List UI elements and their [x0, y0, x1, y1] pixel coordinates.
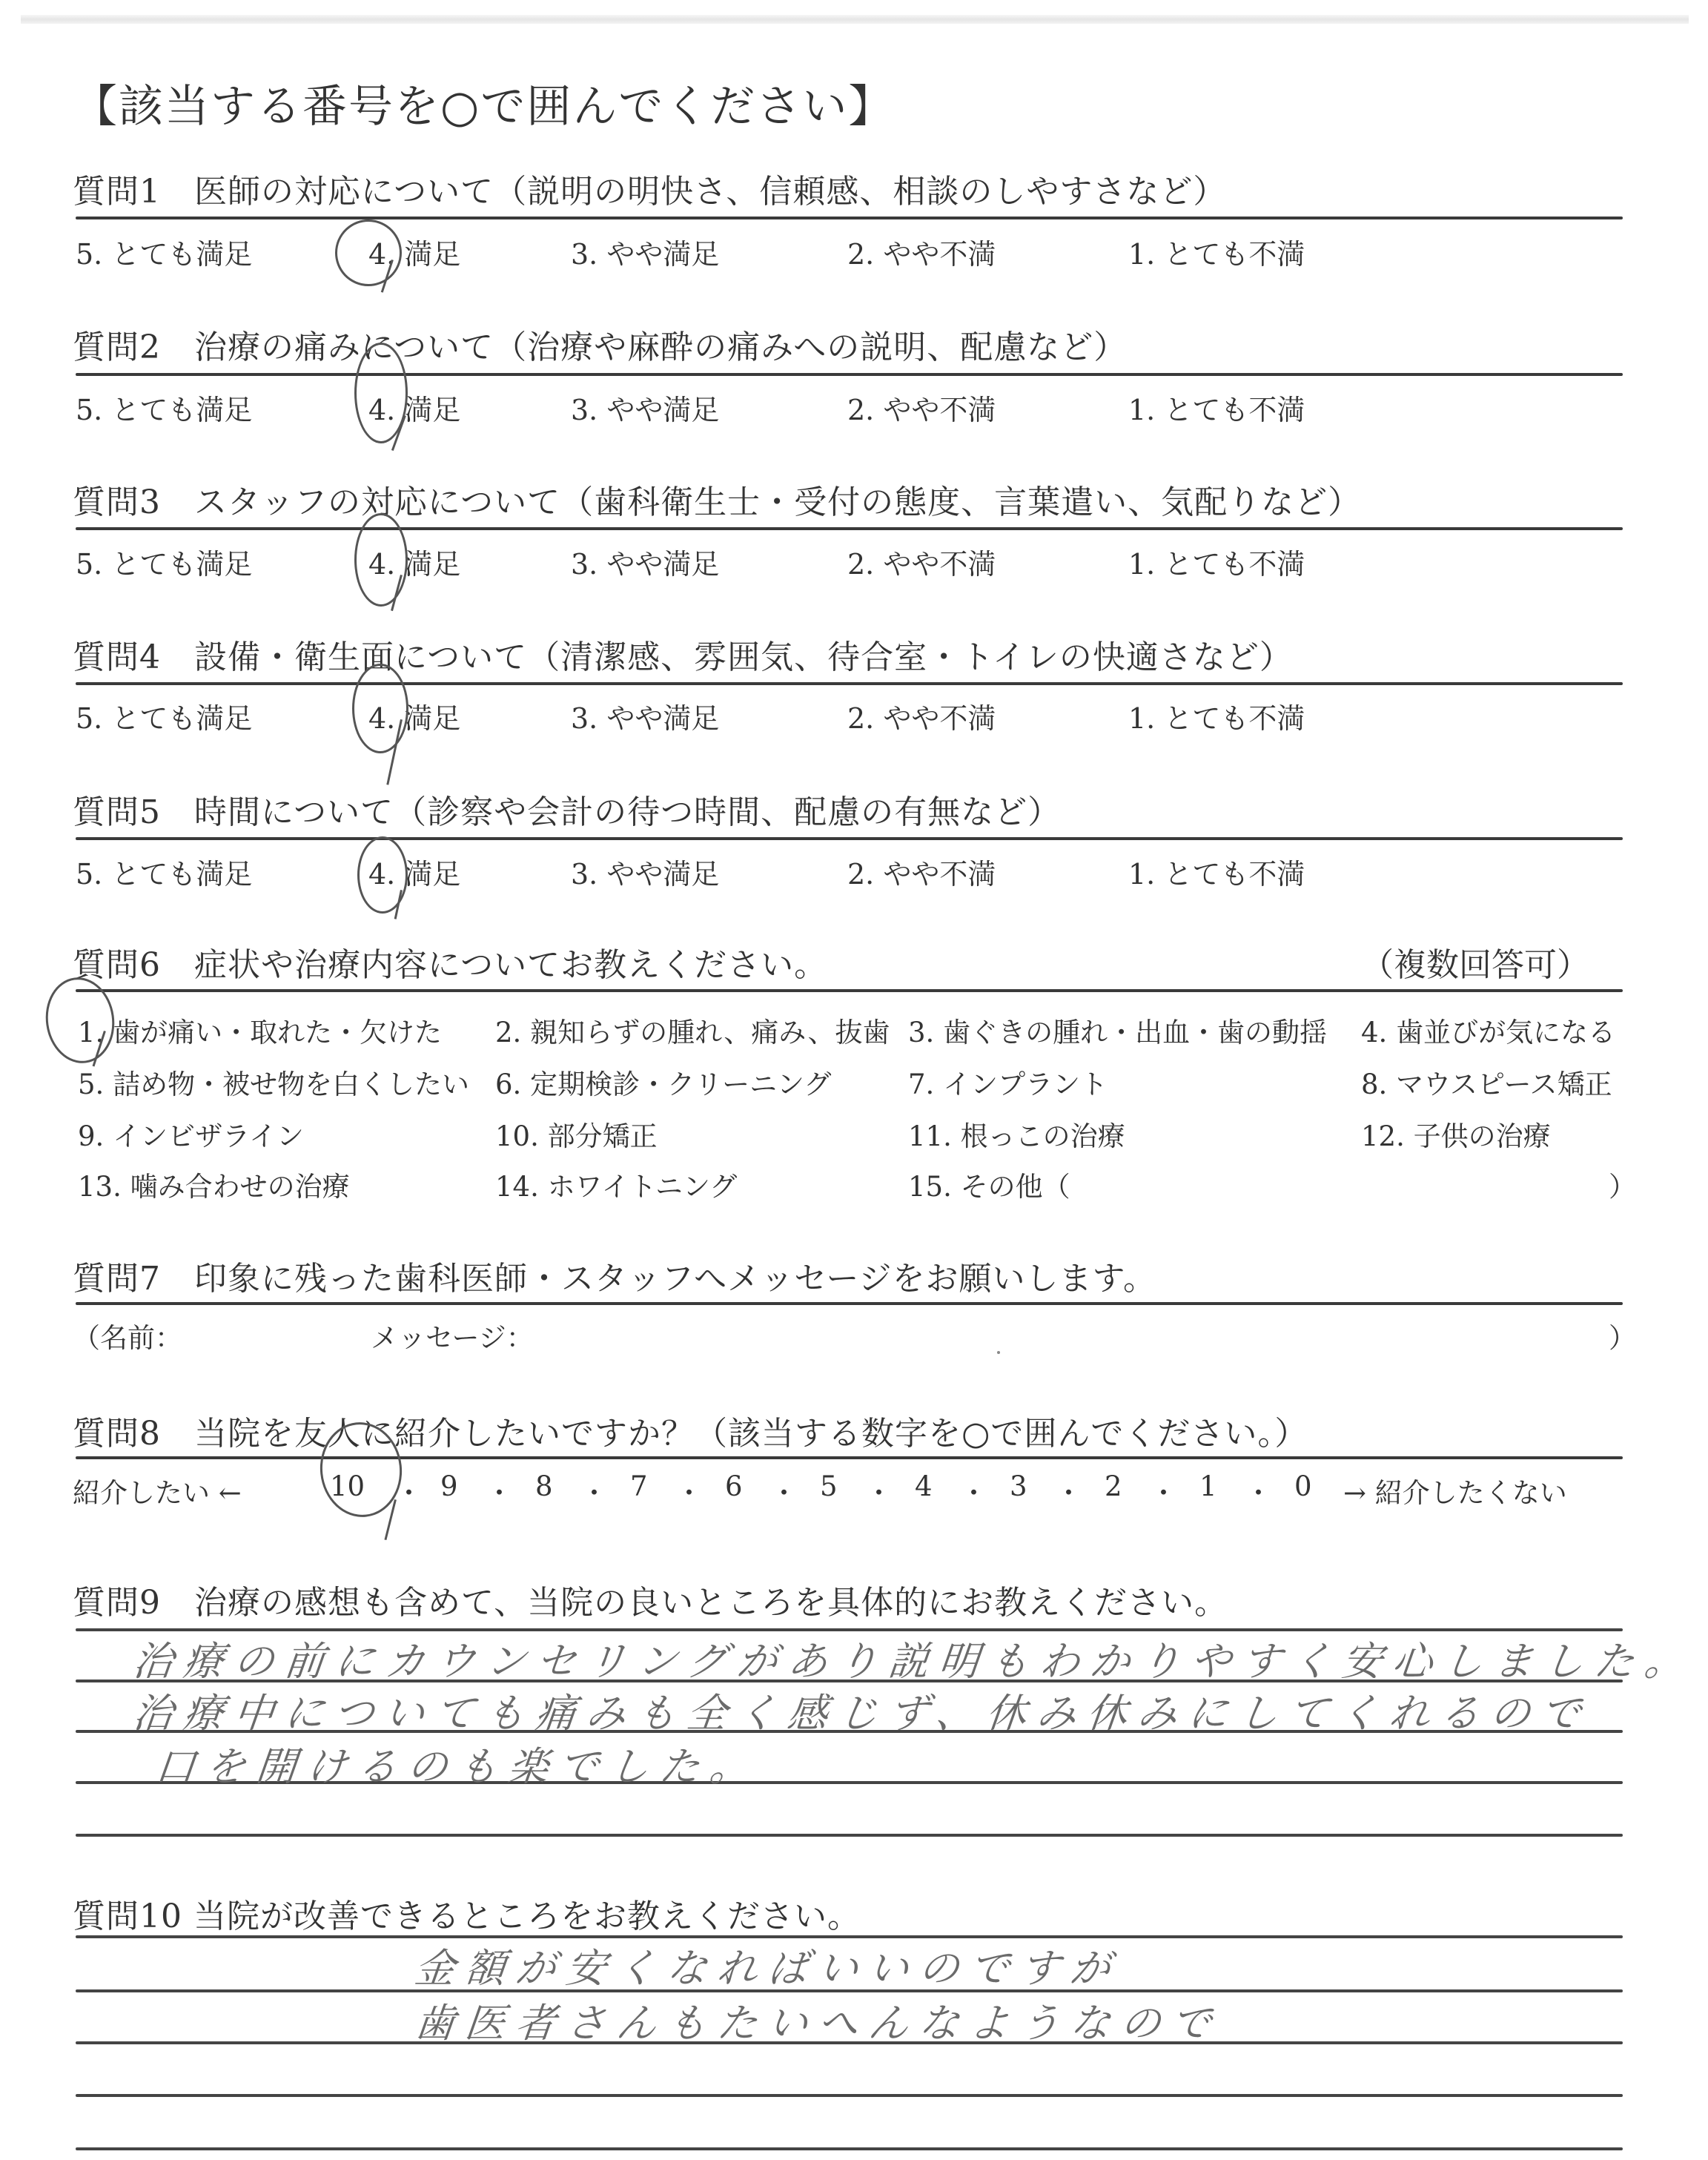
question-5-rule [76, 837, 1623, 840]
q6-other-close: ） [1609, 1164, 1636, 1204]
q7-message-label: メッセージ： [371, 1315, 534, 1355]
q6-option-9[interactable]: 9. インビザライン [78, 1114, 304, 1154]
question-6-rule [76, 989, 1623, 992]
question-9-label: 質問9 治療の感想も含めて、当院の良いところを具体的にお教えください。 [73, 1576, 1228, 1623]
q6-option-1[interactable]: 1. 歯が痛い・取れた・欠けた [78, 1010, 442, 1050]
q6-option-15[interactable]: 15. その他（ [908, 1164, 1070, 1204]
q8-sep: ・ [395, 1470, 423, 1510]
question-3-label: 質問3 スタッフの対応について（歯科衛生士・受付の態度、言葉遣い、気配りなど） [73, 475, 1361, 523]
q5-option-2[interactable]: 2. やや不満 [847, 851, 996, 892]
q9-line-5 [76, 1834, 1623, 1837]
q3-option-4[interactable]: 4. 満足 [368, 541, 460, 582]
q6-option-10[interactable]: 10. 部分矯正 [495, 1114, 658, 1154]
question-8-rule [76, 1456, 1623, 1459]
scan-speck [997, 1351, 1000, 1354]
q1-option-1[interactable]: 1. とても不満 [1128, 231, 1305, 272]
q8-score-9[interactable]: 9 [440, 1470, 458, 1502]
q3-option-5[interactable]: 5. とても満足 [76, 541, 252, 582]
q8-left-label: 紹介したい ← [73, 1470, 242, 1510]
q7-message-field[interactable] [563, 1315, 1586, 1348]
q4-option-3[interactable]: 3. やや満足 [571, 696, 719, 736]
q6-option-6[interactable]: 6. 定期検診・クリーニング [495, 1062, 831, 1102]
q8-circle-tail [384, 1499, 396, 1540]
q6-option-8[interactable]: 8. マウスピース矯正 [1361, 1062, 1612, 1102]
q6-option-14[interactable]: 14. ホワイトニング [495, 1164, 737, 1204]
q7-name-field[interactable] [211, 1315, 360, 1348]
q8-right-label: → 紹介したくない [1343, 1470, 1567, 1510]
q4-option-1[interactable]: 1. とても不満 [1128, 696, 1305, 736]
q5-circle-tail [394, 890, 403, 919]
q8-score-4[interactable]: 4 [915, 1470, 933, 1502]
q10-handwriting-line-2: 歯医者さんもたいへんなようなので [412, 1992, 1225, 2049]
q8-sep: ・ [580, 1470, 608, 1510]
question-1-rule [76, 217, 1623, 219]
q5-option-3[interactable]: 3. やや満足 [571, 851, 719, 892]
q8-sep: ・ [1245, 1470, 1272, 1510]
q8-score-0[interactable]: 0 [1294, 1470, 1312, 1502]
q6-option-11[interactable]: 11. 根っこの治療 [908, 1114, 1125, 1154]
q3-option-3[interactable]: 3. やや満足 [571, 541, 719, 582]
q5-option-5[interactable]: 5. とても満足 [76, 851, 252, 892]
q1-option-5[interactable]: 5. とても満足 [76, 231, 252, 272]
q6-option-3[interactable]: 3. 歯ぐきの腫れ・出血・歯の動揺 [908, 1010, 1327, 1050]
q8-sep: ・ [770, 1470, 798, 1510]
question-7-label: 質問7 印象に残った歯科医師・スタッフへメッセージをお願いします。 [73, 1252, 1156, 1299]
question-4-label: 質問4 設備・衛生面について（清潔感、雰囲気、待合室・トイレの快適さなど） [73, 630, 1293, 678]
question-6-note: （複数回答可） [1361, 938, 1589, 985]
question-1-label: 質問1 医師の対応について（説明の明快さ、信頼感、相談のしやすさなど） [73, 165, 1226, 212]
q2-option-4[interactable]: 4. 満足 [368, 387, 460, 428]
q9-handwriting-line-1: 治療の前にカウンセリングがあり説明もわかりやすく安心しました。 [130, 1630, 1698, 1687]
q6-option-7[interactable]: 7. インプラント [908, 1062, 1108, 1102]
q6-option-2[interactable]: 2. 親知らずの腫れ、痛み、抜歯 [495, 1010, 890, 1050]
q8-sep: ・ [1150, 1470, 1177, 1510]
question-8-label: 質問8 当院を友人に紹介したいですか？（該当する数字を○で囲んでください。） [73, 1407, 1308, 1454]
question-2-rule [76, 373, 1623, 376]
q8-score-8[interactable]: 8 [535, 1470, 553, 1502]
question-3-rule [76, 527, 1623, 530]
q8-score-2[interactable]: 2 [1105, 1470, 1122, 1502]
q2-option-3[interactable]: 3. やや満足 [571, 387, 719, 428]
q9-handwriting-line-2: 治療中についても痛みも全く感じず、休み休みにしてくれるので [130, 1682, 1595, 1739]
question-4-rule [76, 682, 1623, 685]
q5-option-1[interactable]: 1. とても不満 [1128, 851, 1305, 892]
q8-score-6[interactable]: 6 [725, 1470, 743, 1502]
q6-option-5[interactable]: 5. 詰め物・被せ物を白くしたい [78, 1062, 469, 1102]
question-6-label: 質問6 症状や治療内容についてお教えください。 [73, 938, 827, 985]
q2-option-2[interactable]: 2. やや不満 [847, 387, 996, 428]
q8-score-3[interactable]: 3 [1010, 1470, 1027, 1502]
q1-option-4[interactable]: 4. 満足 [368, 231, 460, 272]
q7-close: ） [1609, 1315, 1636, 1355]
q9-handwriting-line-3: 口を開けるのも楽でした。 [153, 1735, 764, 1792]
q8-score-5[interactable]: 5 [820, 1470, 838, 1502]
q8-score-7[interactable]: 7 [630, 1470, 648, 1502]
question-5-label: 質問5 時間について（診察や会計の待つ時間、配慮の有無など） [73, 785, 1061, 833]
q7-name-label: （名前： [73, 1315, 182, 1355]
q6-option-13[interactable]: 13. 噛み合わせの治療 [78, 1164, 350, 1204]
q3-option-2[interactable]: 2. やや不満 [847, 541, 996, 582]
q1-option-2[interactable]: 2. やや不満 [847, 231, 996, 272]
q5-option-4[interactable]: 4. 満足 [368, 851, 460, 892]
q10-line-5 [76, 2147, 1623, 2150]
q8-score-1[interactable]: 1 [1199, 1470, 1217, 1502]
q10-handwriting-line-1: 金額が安くなればいいのですが [412, 1937, 1124, 1994]
q10-line-4 [76, 2094, 1623, 2097]
q4-option-5[interactable]: 5. とても満足 [76, 696, 252, 736]
q2-option-5[interactable]: 5. とても満足 [76, 387, 252, 428]
form-title: 【該当する番号を○で囲んでください】 [73, 71, 894, 135]
q4-option-4[interactable]: 4. 満足 [368, 696, 460, 736]
q2-option-1[interactable]: 1. とても不満 [1128, 387, 1305, 428]
q8-score-10[interactable]: 10 [330, 1470, 365, 1502]
q8-sep: ・ [1055, 1470, 1082, 1510]
q8-sep: ・ [865, 1470, 893, 1510]
q8-sep: ・ [486, 1470, 513, 1510]
q8-sep: ・ [675, 1470, 703, 1510]
q4-option-2[interactable]: 2. やや不満 [847, 696, 996, 736]
question-2-label: 質問2 治療の痛みについて（治療や麻酔の痛みへの説明、配慮など） [73, 320, 1127, 368]
scan-top-edge [21, 15, 1689, 24]
q6-option-12[interactable]: 12. 子供の治療 [1361, 1114, 1551, 1154]
question-7-rule [76, 1302, 1623, 1305]
q1-option-3[interactable]: 3. やや満足 [571, 231, 719, 272]
question-10-label: 質問10 当院が改善できるところをお教えください。 [73, 1889, 861, 1937]
q6-option-4[interactable]: 4. 歯並びが気になる [1361, 1010, 1615, 1050]
q3-option-1[interactable]: 1. とても不満 [1128, 541, 1305, 582]
q8-sep: ・ [960, 1470, 987, 1510]
